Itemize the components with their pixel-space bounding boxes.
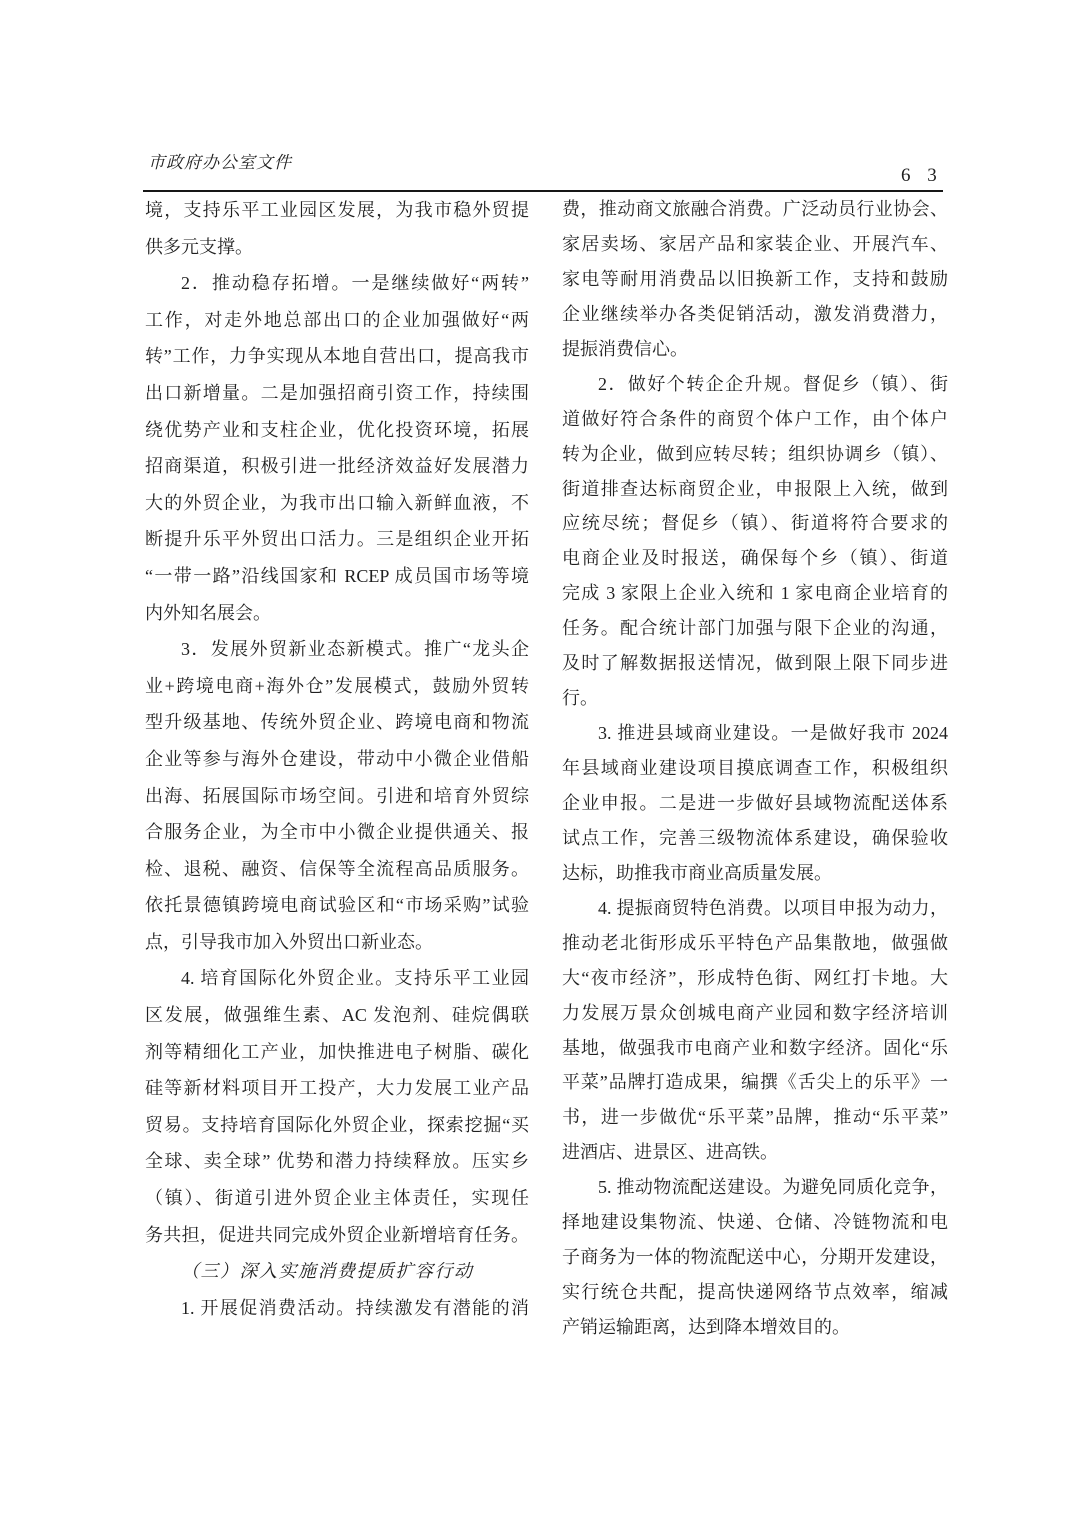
text-line: 基地，做强我市电商产业和数字经济。固化“乐 [562, 1031, 948, 1066]
section-heading-line: （三）深入实施消费提质扩容行动 [145, 1253, 529, 1290]
text-line: 1. 开展促消费活动。持续激发有潜能的消 [145, 1290, 529, 1327]
left-column: 境，支持乐平工业园区发展，为我市稳外贸提供多元支撑。2．推动稳存拓增。一是继续做… [145, 192, 529, 1326]
text-line: 内外知名展会。 [145, 595, 529, 632]
text-line: 书，进一步做优“乐平菜”品牌，推动“乐平菜” [562, 1100, 948, 1135]
text-line: 企业继续举办各类促销活动，激发消费潜力， [562, 297, 948, 332]
text-line: “一带一路”沿线国家和 RCEP 成员国市场等境 [145, 558, 529, 595]
text-line: 企业申报。二是进一步做好县域物流配送体系 [562, 786, 948, 821]
page-number: 6 3 [901, 164, 943, 188]
text-line: 型升级基地、传统外贸企业、跨境电商和物流 [145, 704, 529, 741]
text-line: 大的外贸企业，为我市出口输入新鲜血液，不 [145, 485, 529, 522]
text-line: 依托景德镇跨境电商试验区和“市场采购”试验 [145, 887, 529, 924]
text-line: 实行统仓共配，提高快递网络节点效率，缩减 [562, 1275, 948, 1310]
text-line: 出海、拓展国际市场空间。引进和培育外贸综 [145, 778, 529, 815]
text-line: 费，推动商文旅融合消费。广泛动员行业协会、 [562, 192, 948, 227]
text-line: 4. 培育国际化外贸企业。支持乐平工业园 [145, 960, 529, 997]
text-line: 试点工作，完善三级物流体系建设，确保验收 [562, 821, 948, 856]
text-line: 剂等精细化工产业，加快推进电子树脂、碳化 [145, 1034, 529, 1071]
document-page: 市政府办公室文件 6 3 境，支持乐平工业园区发展，为我市稳外贸提供多元支撑。2… [0, 0, 1074, 1520]
text-line: 工作，对走外地总部出口的企业加强做好“两 [145, 302, 529, 339]
text-line: 点，引导我市加入外贸出口新业态。 [145, 924, 529, 961]
text-line: 家电等耐用消费品以旧换新工作，支持和鼓励 [562, 262, 948, 297]
text-line: 企业等参与海外仓建设，带动中小微企业借船 [145, 741, 529, 778]
text-line: 转为企业，做到应转尽转；组织协调乡（镇）、 [562, 437, 948, 472]
text-line: 行。 [562, 681, 948, 716]
text-line: 家居卖场、家居产品和家装企业、开展汽车、 [562, 227, 948, 262]
text-line: 街道排查达标商贸企业，申报限上入统，做到 [562, 472, 948, 507]
text-line: （镇）、街道引进外贸企业主体责任，实现任 [145, 1180, 529, 1217]
text-line: 年县域商业建设项目摸底调查工作，积极组织 [562, 751, 948, 786]
text-line: 务共担，促进共同完成外贸企业新增培育任务。 [145, 1217, 529, 1254]
text-line: 断提升乐平外贸出口活力。三是组织企业开拓 [145, 521, 529, 558]
text-line: 电商企业及时报送，确保每个乡（镇）、街道 [562, 541, 948, 576]
text-line: 区发展，做强维生素、AC 发泡剂、硅烷偶联 [145, 997, 529, 1034]
text-line: 择地建设集物流、快递、仓储、冷链物流和电 [562, 1205, 948, 1240]
text-line: 合服务企业，为全市中小微企业提供通关、报 [145, 814, 529, 851]
text-line: 全球、卖全球” 优势和潜力持续释放。压实乡 [145, 1143, 529, 1180]
text-line: 2．推动稳存拓增。一是继续做好“两转” [145, 265, 529, 302]
running-header-title: 市政府办公室文件 [148, 151, 292, 175]
text-line: 境，支持乐平工业园区发展，为我市稳外贸提 [145, 192, 529, 229]
text-line: 供多元支撑。 [145, 229, 529, 266]
text-line: 4. 提振商贸特色消费。以项目申报为动力， [562, 891, 948, 926]
text-line: 贸易。支持培育国际化外贸企业，探索挖掘“买 [145, 1107, 529, 1144]
text-line: 达标，助推我市商业高质量发展。 [562, 856, 948, 891]
text-line: 招商渠道，积极引进一批经济效益好发展潜力 [145, 448, 529, 485]
text-line: 出口新增量。二是加强招商引资工作，持续围 [145, 375, 529, 412]
text-line: 子商务为一体的物流配送中心，分期开发建设， [562, 1240, 948, 1275]
right-column: 费，推动商文旅融合消费。广泛动员行业协会、家居卖场、家居产品和家装企业、开展汽车… [562, 192, 948, 1345]
text-line: 力发展万景众创城电商产业园和数字经济培训 [562, 996, 948, 1031]
text-line: 检、退税、融资、信保等全流程高品质服务。 [145, 851, 529, 888]
text-line: 任务。配合统计部门加强与限下企业的沟通， [562, 611, 948, 646]
text-line: 提振消费信心。 [562, 332, 948, 367]
text-line: 3．发展外贸新业态新模式。推广“龙头企 [145, 631, 529, 668]
text-line: 应统尽统；督促乡（镇）、街道将符合要求的 [562, 506, 948, 541]
text-line: 5. 推动物流配送建设。为避免同质化竞争， [562, 1170, 948, 1205]
text-line: 道做好符合条件的商贸个体户工作，由个体户 [562, 402, 948, 437]
text-line: 业+跨境电商+海外仓”发展模式，鼓励外贸转 [145, 668, 529, 705]
text-line: 3. 推进县域商业建设。一是做好我市 2024 [562, 716, 948, 751]
text-line: 平菜”品牌打造成果，编撰《舌尖上的乐平》一 [562, 1065, 948, 1100]
text-line: 完成 3 家限上企业入统和 1 家电商企业培育的 [562, 576, 948, 611]
text-line: 大“夜市经济”，形成特色街、网红打卡地。大 [562, 961, 948, 996]
text-line: 绕优势产业和支柱企业，优化投资环境，拓展 [145, 412, 529, 449]
text-line: 进酒店、进景区、进高铁。 [562, 1135, 948, 1170]
text-line: 硅等新材料项目开工投产，大力发展工业产品 [145, 1070, 529, 1107]
text-line: 转”工作，力争实现从本地自营出口，提高我市 [145, 338, 529, 375]
text-line: 推动老北街形成乐平特色产品集散地，做强做 [562, 926, 948, 961]
text-line: 产销运输距离，达到降本增效目的。 [562, 1310, 948, 1345]
text-line: 及时了解数据报送情况，做到限上限下同步进 [562, 646, 948, 681]
text-line: 2．做好个转企企升规。督促乡（镇）、街 [562, 367, 948, 402]
